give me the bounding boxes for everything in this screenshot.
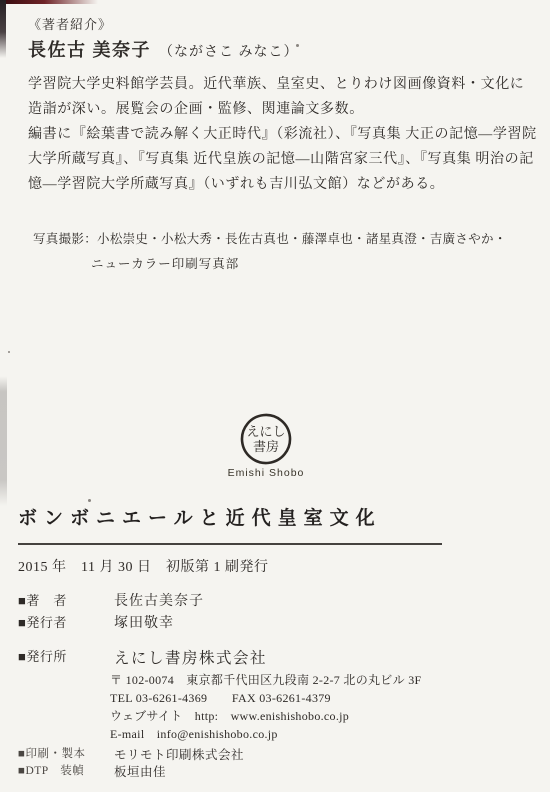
scan-artifact-left-top xyxy=(0,0,6,58)
scan-speck xyxy=(88,499,91,502)
dtp-row-value: 板垣由佳 xyxy=(114,765,166,779)
seal-text-bottom: 書房 xyxy=(253,439,279,454)
colophon-row-author: ■著 者 長佐古美奈子 xyxy=(18,590,204,610)
colophon-row-dtp: ■DTP 装幀 板垣由佳 xyxy=(18,762,166,781)
bio-line: 編書に『絵葉書で読み解く大正時代』（彩流社）、『写真集 大正の記憶―学習院 xyxy=(28,122,537,147)
publisher-phone-fax: TEL 03-6261-4369 FAX 03-6261-4379 xyxy=(110,689,331,706)
publisher-row-value: 塚田敬幸 xyxy=(114,616,174,631)
bio-line: 大学所蔵写真』、『写真集 近代皇族の記憶―山階宮家三代』、『写真集 明治の記 xyxy=(28,147,537,172)
dtp-row-label: ■DTP 装幀 xyxy=(18,762,110,778)
author-row-value: 長佐古美奈子 xyxy=(114,594,204,609)
colophon-row-publisher: ■発行者 塚田敬幸 xyxy=(18,612,174,632)
photo-credits-label: 写真撮影： xyxy=(33,232,97,246)
publisher-seal: えにし 書房 Emishi Shobo xyxy=(210,410,322,482)
photo-credits-line2: ニューカラー印刷写真部 xyxy=(91,254,239,272)
scan-speck xyxy=(8,351,10,353)
seal-romaji: Emishi Shobo xyxy=(228,467,305,479)
scan-artifact-left-band xyxy=(0,376,7,506)
author-row-label: ■著 者 xyxy=(18,590,110,609)
publisher-website: ウェブサイト http: www.enishishobo.co.jp xyxy=(110,707,349,724)
printing-row-value: モリモト印刷株式会社 xyxy=(114,748,244,762)
colophon-row-publishing-office: ■発行所 えにし書房株式会社 xyxy=(18,646,267,668)
author-intro-heading: 《著者紹介》 xyxy=(28,14,112,33)
author-name-line: 長佐古 美奈子 （ながさこ みなこ） xyxy=(28,36,299,62)
author-name-kana: （ながさこ みなこ） xyxy=(159,45,299,60)
bio-line: 造詣が深い。展覧会の企画・監修、関連論文多数。 xyxy=(28,97,537,122)
publisher-email: E-mail info@enishishobo.co.jp xyxy=(110,725,278,742)
colophon-page: 《著者紹介》 長佐古 美奈子 （ながさこ みなこ） 学習院大学史料館学芸員。近代… xyxy=(0,0,550,792)
edition-date-line: 2015 年 11 月 30 日 初版第 1 刷発行 xyxy=(18,556,268,576)
bio-line: 学習院大学史料館学芸員。近代華族、皇室史、とりわけ図画像資料・文化に xyxy=(28,72,537,97)
author-bio: 学習院大学史料館学芸員。近代華族、皇室史、とりわけ図画像資料・文化に 造詣が深い… xyxy=(28,72,537,197)
scan-artifact-top xyxy=(0,0,98,4)
photo-credits-line1: 写真撮影：小松崇史・小松大秀・長佐古真也・藤澤卓也・諸星真澄・吉廣さやか・ xyxy=(33,229,507,247)
photo-credits-names: 小松崇史・小松大秀・長佐古真也・藤澤卓也・諸星真澄・吉廣さやか・ xyxy=(97,232,507,246)
publisher-address: 〒 102-0074 東京都千代田区九段南 2-2-7 北の丸ビル 3F xyxy=(110,671,421,688)
publisher-seal-stamp-icon: えにし 書房 Emishi Shobo xyxy=(210,410,322,482)
book-title: ボンボニエールと近代皇室文化 xyxy=(18,503,382,530)
publishing-office-label: ■発行所 xyxy=(18,646,110,665)
printing-row-label: ■印刷・製本 xyxy=(18,745,110,761)
publishing-office-name: えにし書房株式会社 xyxy=(114,650,267,667)
author-name: 長佐古 美奈子 xyxy=(28,40,151,60)
title-divider xyxy=(18,543,442,545)
publisher-row-label: ■発行者 xyxy=(18,612,110,631)
bio-line: 憶―学習院大学所蔵写真』（いずれも吉川弘文館）などがある。 xyxy=(28,172,537,197)
seal-text-top: えにし xyxy=(246,424,285,439)
